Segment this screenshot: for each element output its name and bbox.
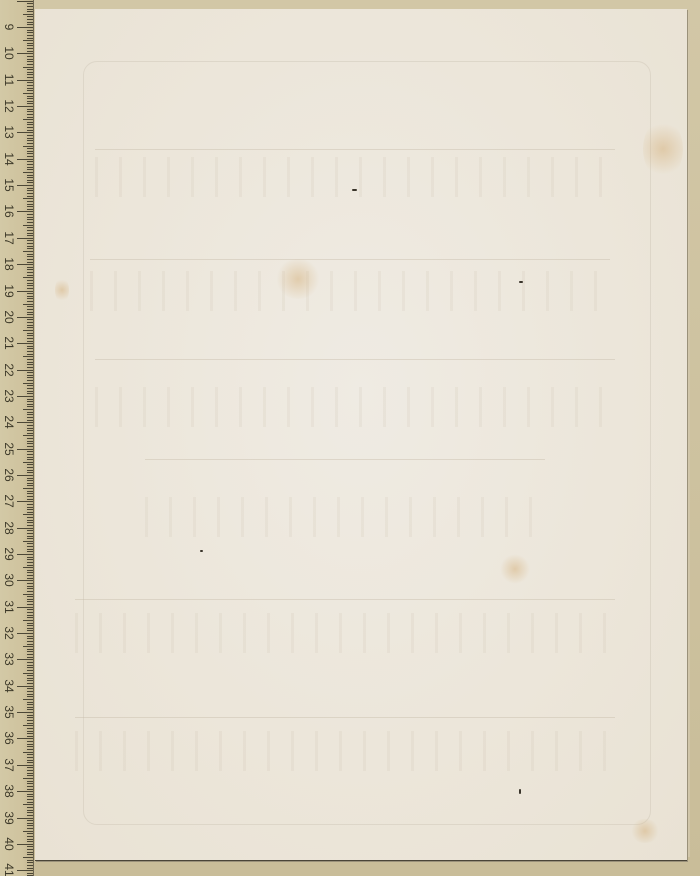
ruler-label: 15 bbox=[3, 177, 15, 193]
ruler-tick bbox=[27, 227, 33, 228]
ruler-tick bbox=[27, 90, 33, 91]
foxing-stain bbox=[55, 277, 69, 303]
ruler-tick bbox=[27, 180, 33, 181]
ruler-tick bbox=[23, 119, 33, 120]
ruler-tick bbox=[23, 620, 33, 621]
ruler-tick bbox=[27, 246, 33, 247]
ruler-tick bbox=[27, 860, 33, 861]
ruler-tick bbox=[27, 372, 33, 373]
ruler-tick bbox=[27, 209, 33, 210]
ruler-label: 30 bbox=[3, 572, 15, 588]
ruler-tick bbox=[27, 61, 33, 62]
ruler-tick bbox=[27, 546, 33, 547]
ruler-tick bbox=[17, 53, 33, 54]
ruler-label: 32 bbox=[3, 625, 15, 641]
ruler-tick bbox=[27, 467, 33, 468]
ruler-tick bbox=[27, 19, 33, 20]
ruler-tick bbox=[27, 428, 33, 429]
ruler-tick bbox=[23, 646, 33, 647]
ruler-label: 37 bbox=[3, 757, 15, 773]
ruler-tick bbox=[27, 770, 33, 771]
ruler-tick bbox=[27, 470, 33, 471]
ruler-tick bbox=[27, 48, 33, 49]
ruler-tick bbox=[27, 293, 33, 294]
ruler-tick bbox=[27, 507, 33, 508]
ruler-tick bbox=[27, 135, 33, 136]
ruler-tick bbox=[17, 633, 33, 634]
ruler-tick bbox=[27, 499, 33, 500]
ruler-tick bbox=[27, 530, 33, 531]
ruler-tick bbox=[17, 27, 33, 28]
ruler-tick bbox=[17, 80, 33, 81]
ruler-tick bbox=[27, 854, 33, 855]
ruler-tick bbox=[23, 857, 33, 858]
ruler-tick bbox=[17, 738, 33, 739]
ruler-label: 13 bbox=[3, 124, 15, 140]
ruler-tick bbox=[23, 567, 33, 568]
foxing-stain bbox=[500, 554, 530, 584]
ruler-tick bbox=[27, 404, 33, 405]
ruler-tick bbox=[27, 262, 33, 263]
ruler-label: 9 bbox=[3, 19, 15, 35]
ruler-tick bbox=[27, 715, 33, 716]
ruler-tick bbox=[27, 122, 33, 123]
ruler-tick bbox=[27, 483, 33, 484]
ruler-tick bbox=[27, 138, 33, 139]
ruler-tick bbox=[27, 74, 33, 75]
ruler-tick bbox=[27, 177, 33, 178]
ruler-tick bbox=[27, 846, 33, 847]
ruler-tick bbox=[17, 343, 33, 344]
ruler-tick bbox=[27, 446, 33, 447]
ruler-tick bbox=[17, 291, 33, 292]
ruler-label: 10 bbox=[3, 45, 15, 61]
ruler-tick bbox=[27, 807, 33, 808]
showthrough-staff-4 bbox=[145, 459, 545, 460]
ruler-tick bbox=[27, 517, 33, 518]
ruler-tick bbox=[17, 370, 33, 371]
ruler-label: 39 bbox=[3, 810, 15, 826]
ruler-tick bbox=[27, 188, 33, 189]
ruler-tick bbox=[27, 103, 33, 104]
ruler-tick bbox=[27, 393, 33, 394]
ruler-tick bbox=[27, 351, 33, 352]
ruler-tick bbox=[27, 420, 33, 421]
ruler-tick bbox=[27, 649, 33, 650]
ruler-tick bbox=[27, 604, 33, 605]
ruler-tick bbox=[27, 617, 33, 618]
ruler-tick bbox=[17, 844, 33, 845]
ruler-tick bbox=[27, 127, 33, 128]
ruler-tick bbox=[23, 67, 33, 68]
ruler-tick bbox=[27, 309, 33, 310]
ruler-tick bbox=[27, 762, 33, 763]
ruler-tick bbox=[23, 462, 33, 463]
ruler-tick bbox=[27, 425, 33, 426]
ruler-tick bbox=[27, 219, 33, 220]
ruler-tick bbox=[27, 283, 33, 284]
ruler-tick bbox=[23, 435, 33, 436]
showthrough-notes-3 bbox=[95, 387, 615, 427]
ruler-label: 31 bbox=[3, 599, 15, 615]
ruler-tick bbox=[17, 422, 33, 423]
ruler-tick bbox=[27, 388, 33, 389]
ruler-tick bbox=[27, 586, 33, 587]
ruler-tick bbox=[23, 409, 33, 410]
ruler-tick bbox=[27, 193, 33, 194]
ruler-tick bbox=[17, 396, 33, 397]
showthrough-staff-5 bbox=[75, 599, 615, 600]
ruler-tick bbox=[27, 512, 33, 513]
ruler-tick bbox=[27, 96, 33, 97]
ruler-tick bbox=[17, 475, 33, 476]
ruler-tick bbox=[27, 240, 33, 241]
ruler-tick bbox=[27, 783, 33, 784]
ruler-tick bbox=[27, 549, 33, 550]
showthrough-staff-6 bbox=[75, 717, 615, 718]
ruler-label: 24 bbox=[3, 414, 15, 430]
ruler-tick bbox=[27, 259, 33, 260]
ruler-tick bbox=[27, 235, 33, 236]
ruler-tick bbox=[27, 799, 33, 800]
ruler-tick bbox=[27, 702, 33, 703]
ruler-tick bbox=[27, 717, 33, 718]
ruler-tick bbox=[23, 40, 33, 41]
measuring-ruler: 9101112131415161718192021222324252627282… bbox=[0, 0, 34, 876]
ruler-tick bbox=[27, 164, 33, 165]
dust-speck bbox=[519, 281, 523, 283]
ruler-tick bbox=[27, 72, 33, 73]
showthrough-notes-5 bbox=[75, 613, 615, 653]
ruler-tick bbox=[17, 317, 33, 318]
ruler-tick bbox=[27, 651, 33, 652]
ruler-tick bbox=[27, 636, 33, 637]
ruler-label: 23 bbox=[3, 388, 15, 404]
ruler-tick bbox=[27, 130, 33, 131]
ruler-label: 17 bbox=[3, 230, 15, 246]
ruler-tick bbox=[27, 670, 33, 671]
ruler-tick bbox=[27, 85, 33, 86]
ruler-tick bbox=[27, 233, 33, 234]
ruler-tick bbox=[27, 773, 33, 774]
ruler-label: 40 bbox=[3, 836, 15, 852]
ruler-tick bbox=[27, 385, 33, 386]
ruler-tick bbox=[27, 341, 33, 342]
ruler-tick bbox=[27, 696, 33, 697]
ruler-tick bbox=[27, 638, 33, 639]
ruler-tick bbox=[27, 601, 33, 602]
ruler-tick bbox=[27, 430, 33, 431]
ruler-tick bbox=[23, 725, 33, 726]
ruler-tick bbox=[27, 557, 33, 558]
ruler-tick bbox=[27, 35, 33, 36]
ruler-tick bbox=[27, 156, 33, 157]
ruler-tick bbox=[27, 22, 33, 23]
ruler-tick bbox=[27, 480, 33, 481]
showthrough-notes-4 bbox=[145, 497, 545, 537]
ruler-tick bbox=[27, 810, 33, 811]
ruler-tick bbox=[27, 839, 33, 840]
ruler-tick bbox=[27, 267, 33, 268]
ruler-tick bbox=[23, 172, 33, 173]
ruler-tick bbox=[27, 754, 33, 755]
ruler-tick bbox=[27, 472, 33, 473]
ruler-tick bbox=[27, 167, 33, 168]
ruler-tick bbox=[23, 778, 33, 779]
ruler-tick bbox=[27, 6, 33, 7]
ruler-tick bbox=[27, 280, 33, 281]
ruler-tick bbox=[27, 746, 33, 747]
ruler-tick bbox=[27, 749, 33, 750]
ruler-tick bbox=[27, 757, 33, 758]
ruler-tick bbox=[27, 346, 33, 347]
ruler-tick bbox=[27, 248, 33, 249]
ruler-label: 26 bbox=[3, 467, 15, 483]
ruler-tick bbox=[27, 256, 33, 257]
ruler-label: 28 bbox=[3, 520, 15, 536]
ruler-tick bbox=[27, 522, 33, 523]
ruler-tick bbox=[27, 322, 33, 323]
ruler-tick bbox=[27, 11, 33, 12]
ruler-label: 36 bbox=[3, 730, 15, 746]
ruler-tick bbox=[27, 578, 33, 579]
ruler-tick bbox=[27, 3, 33, 4]
ruler-tick bbox=[27, 333, 33, 334]
ruler-tick bbox=[27, 572, 33, 573]
ruler-tick bbox=[27, 45, 33, 46]
ruler-tick bbox=[27, 451, 33, 452]
ruler-tick bbox=[27, 375, 33, 376]
ruler-tick bbox=[27, 153, 33, 154]
ruler-tick bbox=[27, 720, 33, 721]
ruler-tick bbox=[27, 704, 33, 705]
ruler-tick bbox=[23, 804, 33, 805]
ruler-tick bbox=[27, 599, 33, 600]
ruler-tick bbox=[27, 243, 33, 244]
ruler-label: 11 bbox=[3, 72, 15, 88]
ruler-tick bbox=[27, 728, 33, 729]
ruler-tick bbox=[27, 478, 33, 479]
foxing-stain bbox=[643, 119, 683, 179]
showthrough-staff-3 bbox=[95, 359, 615, 360]
ruler-label: 20 bbox=[3, 309, 15, 325]
ruler-label: 41 bbox=[3, 862, 15, 876]
ruler-tick bbox=[27, 615, 33, 616]
ruler-tick bbox=[27, 457, 33, 458]
ruler-tick bbox=[27, 124, 33, 125]
ruler-tick bbox=[27, 441, 33, 442]
ruler-tick bbox=[17, 765, 33, 766]
ruler-tick bbox=[27, 319, 33, 320]
ruler-tick bbox=[27, 628, 33, 629]
ruler-label: 19 bbox=[3, 283, 15, 299]
ruler-tick bbox=[27, 786, 33, 787]
paper-sheet bbox=[35, 9, 687, 861]
ruler-tick bbox=[27, 665, 33, 666]
ruler-tick bbox=[27, 767, 33, 768]
ruler-tick bbox=[27, 823, 33, 824]
ruler-tick bbox=[27, 596, 33, 597]
ruler-label: 27 bbox=[3, 493, 15, 509]
ruler-tick bbox=[17, 1, 33, 2]
ruler-tick bbox=[27, 51, 33, 52]
ruler-tick bbox=[27, 391, 33, 392]
ruler-tick bbox=[27, 204, 33, 205]
ruler-tick bbox=[27, 794, 33, 795]
ruler-tick bbox=[23, 277, 33, 278]
ruler-tick bbox=[27, 493, 33, 494]
ruler-tick bbox=[17, 264, 33, 265]
ruler-tick bbox=[27, 591, 33, 592]
ruler-tick bbox=[27, 675, 33, 676]
ruler-tick bbox=[27, 583, 33, 584]
dust-speck bbox=[352, 189, 357, 191]
ruler-tick bbox=[27, 744, 33, 745]
ruler-tick bbox=[27, 496, 33, 497]
ruler-tick bbox=[27, 625, 33, 626]
ruler-tick bbox=[27, 98, 33, 99]
ruler-tick bbox=[27, 222, 33, 223]
ruler-tick bbox=[27, 109, 33, 110]
ruler-tick bbox=[27, 520, 33, 521]
ruler-tick bbox=[27, 148, 33, 149]
ruler-tick bbox=[27, 812, 33, 813]
ruler-tick bbox=[27, 559, 33, 560]
ruler-tick bbox=[27, 143, 33, 144]
ruler-tick bbox=[27, 538, 33, 539]
ruler-tick bbox=[27, 38, 33, 39]
ruler-tick bbox=[27, 654, 33, 655]
ruler-tick bbox=[27, 275, 33, 276]
ruler-tick bbox=[23, 251, 33, 252]
ruler-tick bbox=[23, 146, 33, 147]
ruler-tick bbox=[27, 707, 33, 708]
ruler-tick bbox=[27, 459, 33, 460]
ruler-tick bbox=[27, 417, 33, 418]
ruler-tick bbox=[27, 789, 33, 790]
ruler-tick bbox=[17, 528, 33, 529]
ruler-tick bbox=[27, 161, 33, 162]
ruler-tick bbox=[27, 641, 33, 642]
ruler-tick bbox=[27, 491, 33, 492]
ruler-tick bbox=[27, 327, 33, 328]
ruler-label: 14 bbox=[3, 151, 15, 167]
ruler-tick bbox=[23, 699, 33, 700]
showthrough-staff-1 bbox=[95, 149, 615, 150]
ruler-tick bbox=[27, 736, 33, 737]
ruler-tick bbox=[27, 175, 33, 176]
ruler-tick bbox=[27, 836, 33, 837]
ruler-tick bbox=[27, 815, 33, 816]
ruler-tick bbox=[27, 414, 33, 415]
ruler-tick bbox=[27, 741, 33, 742]
ruler-tick bbox=[23, 356, 33, 357]
ruler-tick bbox=[27, 644, 33, 645]
ruler-tick bbox=[27, 723, 33, 724]
ruler-tick bbox=[23, 330, 33, 331]
ruler-tick bbox=[27, 623, 33, 624]
ruler-tick bbox=[27, 868, 33, 869]
ruler-tick bbox=[27, 30, 33, 31]
ruler-tick bbox=[27, 338, 33, 339]
ruler-tick bbox=[23, 225, 33, 226]
ruler-label: 33 bbox=[3, 651, 15, 667]
ruler-tick bbox=[27, 504, 33, 505]
ruler-tick bbox=[27, 298, 33, 299]
ruler-tick bbox=[23, 304, 33, 305]
ruler-tick bbox=[27, 775, 33, 776]
ruler-tick bbox=[27, 306, 33, 307]
ruler-tick bbox=[27, 335, 33, 336]
ruler-tick bbox=[17, 580, 33, 581]
ruler-label: 21 bbox=[3, 335, 15, 351]
ruler-tick bbox=[23, 831, 33, 832]
ruler-tick bbox=[17, 818, 33, 819]
ruler-tick bbox=[23, 541, 33, 542]
ruler-tick bbox=[27, 533, 33, 534]
ruler-tick bbox=[17, 554, 33, 555]
ruler-tick bbox=[27, 288, 33, 289]
ruler-label: 34 bbox=[3, 678, 15, 694]
ruler-tick bbox=[27, 59, 33, 60]
ruler-tick bbox=[23, 752, 33, 753]
ruler-tick bbox=[27, 433, 33, 434]
ruler-tick bbox=[27, 206, 33, 207]
ruler-tick bbox=[27, 443, 33, 444]
ruler-tick bbox=[17, 791, 33, 792]
ruler-tick bbox=[27, 833, 33, 834]
ruler-tick bbox=[27, 873, 33, 874]
ruler-tick bbox=[27, 114, 33, 115]
ruler-tick bbox=[27, 841, 33, 842]
ruler-tick bbox=[17, 132, 33, 133]
ruler-label: 16 bbox=[3, 203, 15, 219]
showthrough-notes-1 bbox=[95, 157, 615, 197]
ruler-label: 38 bbox=[3, 783, 15, 799]
dust-speck bbox=[519, 789, 521, 794]
ruler-tick bbox=[27, 454, 33, 455]
ruler-tick bbox=[27, 69, 33, 70]
ruler-tick bbox=[23, 673, 33, 674]
ruler-tick bbox=[17, 449, 33, 450]
ruler-tick bbox=[27, 377, 33, 378]
ruler-tick bbox=[27, 731, 33, 732]
ruler-tick bbox=[17, 712, 33, 713]
ruler-tick bbox=[27, 77, 33, 78]
ruler-tick bbox=[27, 182, 33, 183]
ruler-tick bbox=[17, 238, 33, 239]
ruler-tick bbox=[27, 314, 33, 315]
ruler-tick bbox=[23, 383, 33, 384]
ruler-tick bbox=[27, 254, 33, 255]
ruler-tick bbox=[27, 575, 33, 576]
ruler-tick bbox=[27, 862, 33, 863]
ruler-tick bbox=[27, 406, 33, 407]
showthrough-staff-2 bbox=[90, 259, 610, 260]
ruler-tick bbox=[27, 214, 33, 215]
showthrough-notes-6 bbox=[75, 731, 615, 771]
ruler-tick bbox=[23, 594, 33, 595]
ruler-tick bbox=[27, 678, 33, 679]
ruler-tick bbox=[27, 630, 33, 631]
ruler-tick bbox=[23, 488, 33, 489]
ruler-tick bbox=[27, 362, 33, 363]
ruler-tick bbox=[17, 159, 33, 160]
ruler-tick bbox=[17, 607, 33, 608]
ruler-tick bbox=[23, 14, 33, 15]
ruler-tick bbox=[27, 760, 33, 761]
ruler-tick bbox=[27, 325, 33, 326]
